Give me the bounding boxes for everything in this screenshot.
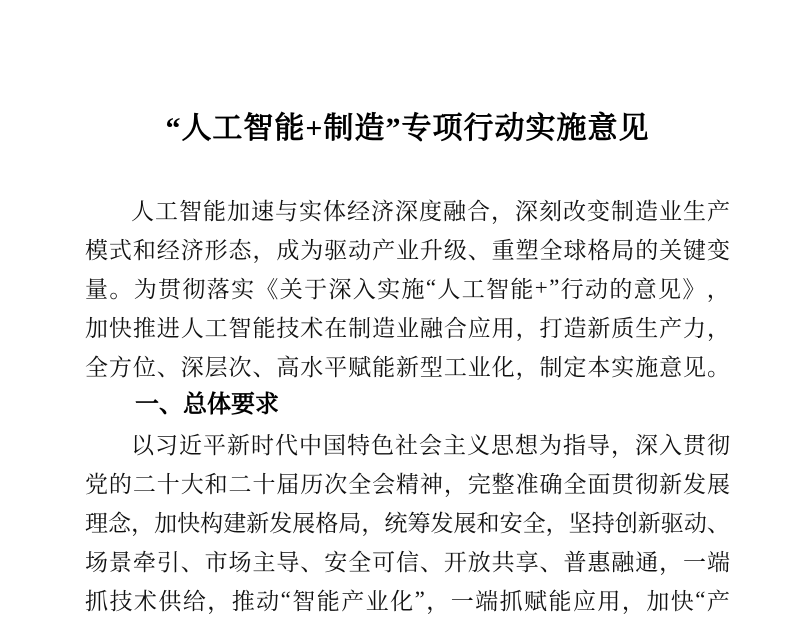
document-line: 人工智能加速与实体经济深度融合，深刻改变制造业生产 [85,190,730,229]
document-line: 理念，加快构建新发展格局，统筹发展和安全，坚持创新驱动、 [85,502,730,541]
document-line: 抓技术供给，推动“智能产业化”，一端抓赋能应用，加快“产 [85,580,730,619]
document-line: 以习近平新时代中国特色社会主义思想为指导，深入贯彻 [85,424,730,463]
document-page: “人工智能+制造”专项行动实施意见 人工智能加速与实体经济深度融合，深刻改变制造… [0,0,811,620]
document-title: “人工智能+制造”专项行动实施意见 [85,108,730,150]
document-line: 模式和经济形态，成为驱动产业升级、重塑全球格局的关键变 [85,229,730,268]
document-line: 全方位、深层次、高水平赋能新型工业化，制定本实施意见。 [85,346,730,385]
document-line: 党的二十大和二十届历次全会精神，完整准确全面贯彻新发展 [85,463,730,502]
section-heading: 一、总体要求 [85,385,730,424]
document-body: 人工智能加速与实体经济深度融合，深刻改变制造业生产模式和经济形态，成为驱动产业升… [85,190,730,619]
document-content: “人工智能+制造”专项行动实施意见 人工智能加速与实体经济深度融合，深刻改变制造… [85,0,730,619]
document-line: 场景牵引、市场主导、安全可信、开放共享、普惠融通，一端 [85,541,730,580]
document-line: 加快推进人工智能技术在制造业融合应用，打造新质生产力， [85,307,730,346]
document-line: 量。为贯彻落实《关于深入实施“人工智能+”行动的意见》， [85,268,730,307]
